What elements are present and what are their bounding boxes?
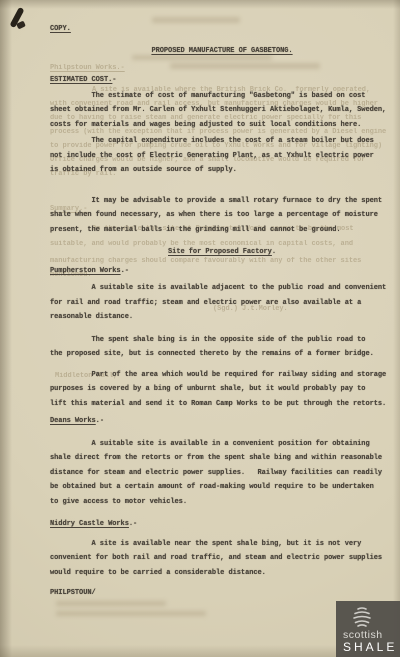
paragraph-line: reasonable distance. [50, 310, 394, 325]
document-paragraph: Part of the area which would be required… [50, 368, 394, 412]
paper-right-edge-shadow [393, 0, 400, 657]
document-paragraph: A site is available near the spent shale… [50, 537, 394, 581]
document-paragraph: It may be advisable to provide a small r… [50, 194, 394, 238]
heading-text: PROPOSED MANUFACTURE OF GASBETONG. [151, 47, 292, 55]
paragraph-line: It may be advisable to provide a small r… [50, 194, 394, 209]
paragraph-line: A suitable site is available adjacent to… [50, 281, 394, 296]
paragraph-line: shale when found necessary, as when ther… [50, 208, 394, 223]
paragraph-line: purposes is covered by a bing of unburnt… [50, 382, 394, 397]
paragraph-line: The capital expenditure includes the cos… [50, 134, 394, 149]
heading-text: Niddry Castle Works [50, 520, 129, 528]
paragraph-line: the proposed site, but is connected ther… [50, 347, 394, 362]
ghost-smudge [56, 601, 166, 606]
paragraph-line: present, the material balls in the grind… [50, 223, 394, 238]
paragraph-line: not include the cost of Electric Generat… [50, 149, 394, 164]
heading-text: Deans Works [50, 417, 96, 425]
ghost-smudge [56, 611, 206, 616]
catchword: PHILPSTOUN/ [50, 586, 394, 601]
heading-suffix: .- [96, 417, 104, 425]
paragraph-line: would require to be carried a considerab… [50, 566, 394, 581]
ink-fastener-mark-tip [16, 21, 26, 30]
document-paragraph: The capital expenditure includes the cos… [50, 134, 394, 178]
paragraph-line: A suitable site is available in a conven… [50, 437, 394, 452]
scottish-shale-watermark: scottish SHALE [336, 601, 400, 657]
section-heading: Deans Works.- [50, 414, 394, 429]
paragraph-line: is obtained from an outside source of su… [50, 163, 394, 178]
paragraph-line: to give access to motor vehicles. [50, 495, 394, 510]
heading-suffix: . [272, 248, 276, 256]
watermark-text-shale: SHALE [343, 641, 400, 654]
heading-suffix: .- [121, 267, 129, 275]
document-paragraph: A suitable site is available in a conven… [50, 437, 394, 510]
copy-label: COPY. [50, 22, 394, 37]
section-heading: Niddry Castle Works.- [50, 517, 394, 532]
paragraph-line: for rail and road traffic; steam and ele… [50, 296, 394, 311]
paragraph-line: shale direct from the retorts or from th… [50, 451, 394, 466]
section-heading: Site for Proposed Factory. [50, 245, 394, 260]
document-paragraph: The estimate of cost of manufacturing "G… [50, 89, 394, 133]
paragraph-line: be obtained but a certain amount of road… [50, 480, 394, 495]
heading-suffix: .- [129, 520, 137, 528]
paragraph-line: sheet obtained from Mr. Carlen of Yxhult… [50, 103, 394, 118]
paragraph-line: lift this material and send it to Roman … [50, 397, 394, 412]
paragraph-line: The spent shale bing is in the opposite … [50, 333, 394, 348]
heading-text: PHILPSTOUN/ [50, 589, 96, 597]
paragraph-line: The estimate of cost of manufacturing "G… [50, 89, 394, 104]
heading-text: COPY. [50, 25, 71, 33]
globe-icon [349, 606, 375, 628]
page-title: PROPOSED MANUFACTURE OF GASBETONG. [50, 44, 394, 59]
paragraph-line: distance for steam and electric power su… [50, 466, 394, 481]
paragraph-line: A site is available near the spent shale… [50, 537, 394, 552]
scanned-document-page: Philpstoun Works.-A site is available wh… [0, 0, 400, 657]
document-paragraph: The spent shale bing is in the opposite … [50, 333, 394, 362]
paragraph-line: costs for materials and wages being adju… [50, 118, 394, 133]
paragraph-line: Part of the area which would be required… [50, 368, 394, 383]
heading-text: ESTIMATED COST. [50, 76, 112, 84]
section-heading: ESTIMATED COST.- [50, 73, 394, 88]
document-paragraph: A suitable site is available adjacent to… [50, 281, 394, 325]
heading-text: Site for Proposed Factory [168, 248, 272, 256]
section-heading: Pumpherston Works.- [50, 264, 394, 279]
paper-left-edge-shadow [0, 0, 12, 657]
document-body: COPY.PROPOSED MANUFACTURE OF GASBETONG.E… [50, 0, 394, 601]
heading-text: Pumpherston Works [50, 267, 121, 275]
heading-suffix: - [112, 76, 116, 84]
paragraph-line: convenient for both rail and road traffi… [50, 551, 394, 566]
